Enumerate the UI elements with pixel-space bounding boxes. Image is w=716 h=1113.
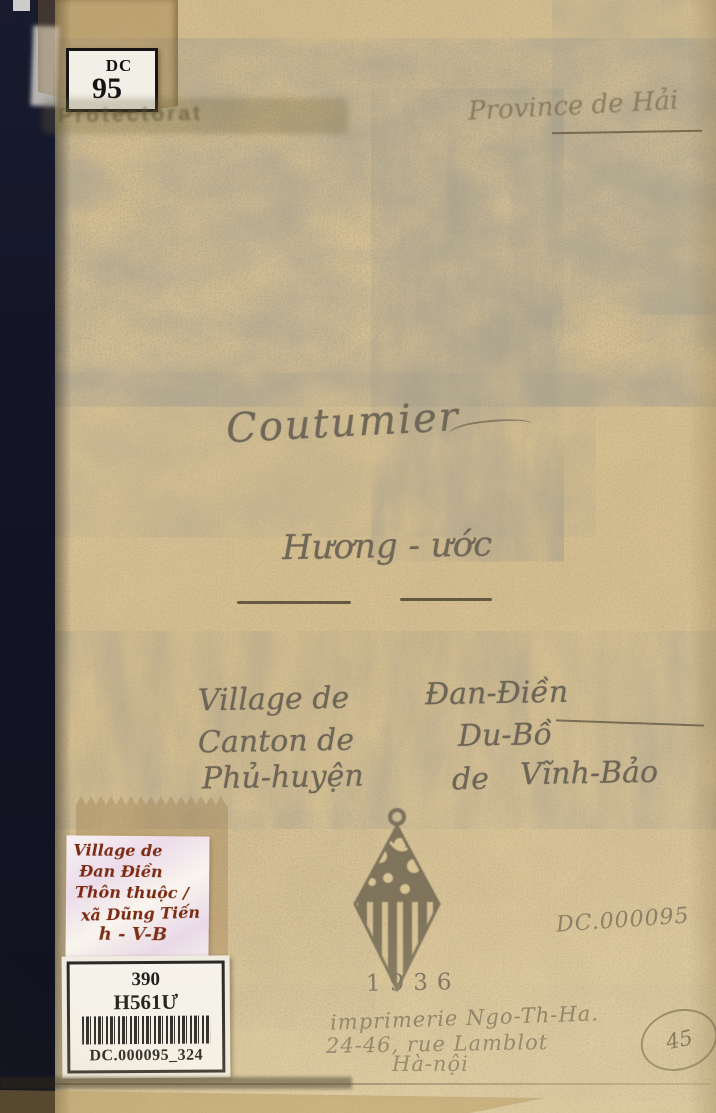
phu-huyen-value: Vĩnh-Bảo (520, 755, 659, 792)
book-cover-scan: DC 95 Protectorat Province de Hải Coutum… (0, 0, 716, 1113)
barcode-number: DC.000095_324 (89, 1047, 203, 1065)
class-number: 390 (131, 970, 160, 990)
pink-label-line: h - V-B (99, 924, 231, 946)
barcode-label-frame: 390 H561Ư DC.000095_324 (67, 960, 226, 1073)
corner-paper-sliver (13, 0, 30, 11)
printer-diamond-mark-icon (342, 804, 452, 996)
imprint-year: 1936 (366, 969, 461, 997)
tape-bottom-wedge (0, 1088, 560, 1113)
canton-value: Du-Bồ (458, 717, 553, 754)
title-underline-left (237, 601, 351, 604)
village-underline (556, 719, 704, 726)
village-label: Village de (198, 681, 350, 719)
barcode-stripes-icon (82, 1016, 210, 1045)
handwritten-location-label: Village de Đan Điền Thôn thuộc / xã Dũng… (65, 835, 209, 962)
library-barcode-label: 390 H561Ư DC.000095_324 (62, 955, 231, 1078)
faint-province-handwriting: Province de Hải (467, 83, 716, 126)
canton-label: Canton de (198, 723, 355, 761)
pink-label-line: Village de (73, 839, 205, 861)
bottom-rule-line (55, 1083, 710, 1085)
phu-huyen-de: de (452, 762, 490, 798)
penciled-accession-id: DC.000095 (555, 903, 690, 937)
title-vietnamese: Hương - ước (282, 524, 523, 568)
cutter-number: H561Ư (114, 991, 179, 1013)
pink-label-line: xã Dũng Tiến (81, 901, 214, 925)
imprint-line-1: imprimerie Ngo-Th-Ha. (330, 1001, 600, 1034)
pink-label-line: Đan Điền (79, 860, 211, 882)
village-value: Đan-Điền (425, 675, 569, 712)
province-underline (552, 130, 702, 135)
imprint-line-3: Hà-nội (392, 1052, 469, 1076)
right-edge-shading (688, 0, 716, 1113)
circled-number-stamp: 45 (633, 999, 716, 1080)
circled-number-value: 45 (663, 1025, 694, 1054)
title-underline-right (400, 598, 492, 601)
pink-label-line: Thôn thuộc / (75, 881, 207, 903)
phu-huyen-label: Phủ-huyện (202, 759, 364, 797)
book-spine (0, 0, 55, 1113)
